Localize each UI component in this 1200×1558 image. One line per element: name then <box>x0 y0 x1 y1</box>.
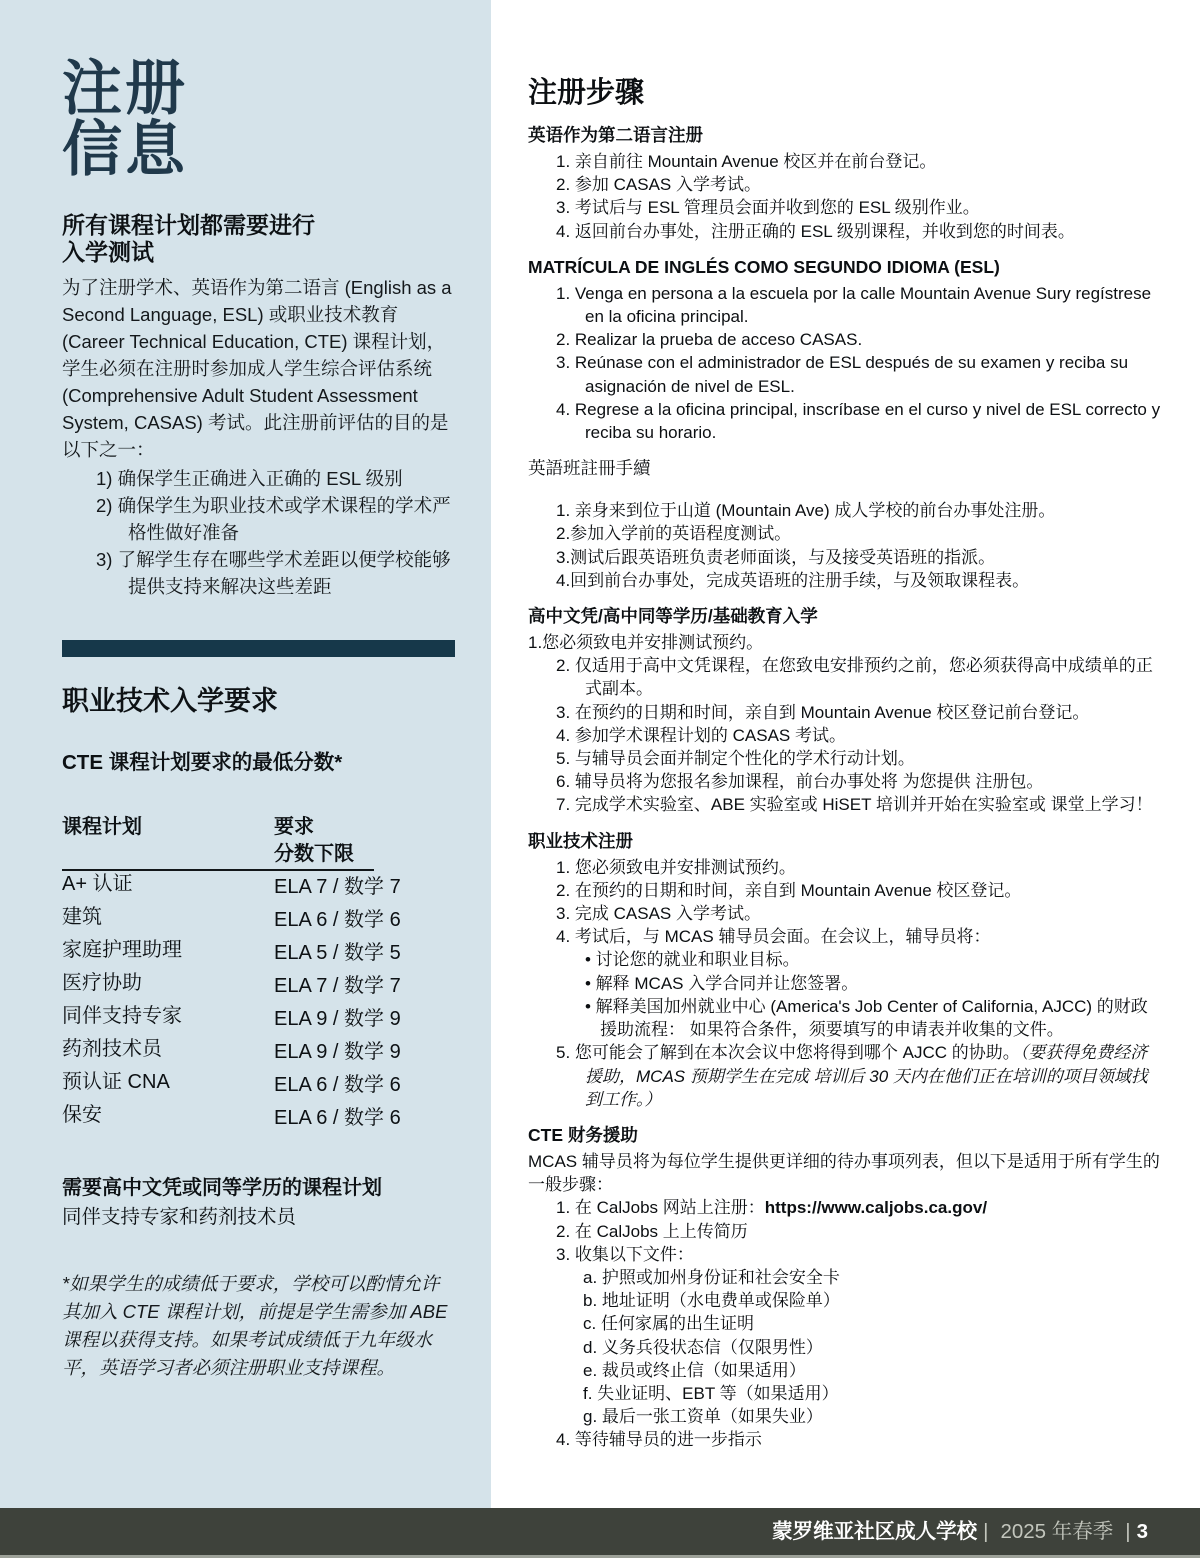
list-item: 3. Reúnase con el administrador de ESL d… <box>528 351 1164 397</box>
list-item: 3) 了解学生存在哪些学术差距以便学校能够提供支持来解决这些差距 <box>62 546 457 600</box>
cte-financial-aid-heading: CTE 财务援助 <box>528 1124 1164 1147</box>
footer-term: 2025 年春季 <box>994 1520 1119 1543</box>
esl-zh-heading: 英语作为第二语言注册 <box>528 124 1164 147</box>
list-item: 4. 返回前台办事处，注册正确的 ESL 级别课程，并收到您的时间表。 <box>528 220 1164 243</box>
list-item: 1. Venga en persona a la escuela por la … <box>528 282 1164 328</box>
sub-bullet-item: • 解释 MCAS 入学合同并让您签署。 <box>528 972 1164 995</box>
table-row: 建筑 ELA 6 / 数学 6 <box>62 904 457 937</box>
list-item: 2. 在 CalJobs 上上传简历 <box>528 1220 1164 1243</box>
document-page: 注册 信息 所有课程计划都需要进行 入学测试 为了注册学术、英语作为第二语言 (… <box>0 0 1200 1558</box>
score-footnote: *如果学生的成绩低于要求，学校可以酌情允许其加入 CTE 课程计划，前提是学生需… <box>62 1270 457 1382</box>
page-title-line1: 注册 <box>62 58 457 119</box>
caljobs-url-link[interactable]: https://www.caljobs.ca.gov/ <box>765 1198 987 1217</box>
footer-school-name: 蒙罗维亚社区成人学校 <box>772 1520 977 1543</box>
list-item: 3. 完成 CASAS 入学考试。 <box>528 902 1164 925</box>
diploma-required-heading: 需要高中文凭或同等学历的课程计划 <box>62 1171 457 1200</box>
list-item: 1) 确保学生正确进入正确的 ESL 级别 <box>62 465 457 492</box>
list-item: 1. 亲自前往 Mountain Avenue 校区并在前台登记。 <box>528 150 1164 173</box>
list-item: 4.回到前台办事处，完成英语班的注册手续，与及领取课程表。 <box>528 569 1164 592</box>
cte-entrance-heading: 职业技术入学要求 <box>62 679 457 718</box>
hs-diploma-heading: 高中文凭/高中同等学历/基础教育入学 <box>528 605 1164 628</box>
list-item: 4. Regrese a la oficina principal, inscr… <box>528 398 1164 444</box>
main-column: 注册步骤 英语作为第二语言注册 1. 亲自前往 Mountain Avenue … <box>528 70 1164 1452</box>
table-row: 家庭护理助理 ELA 5 / 数学 5 <box>62 937 457 970</box>
list-item: 3. 收集以下文件： <box>528 1243 1164 1266</box>
footer-separator: | <box>1119 1520 1136 1543</box>
esl-es-heading: MATRÍCULA DE INGLÉS COMO SEGUNDO IDIOMA … <box>528 256 1164 279</box>
document-list-item: f. 失业证明、EBT 等（如果适用） <box>528 1382 1164 1405</box>
list-item: 4. 等待辅导员的进一步指示 <box>528 1428 1164 1451</box>
diploma-required-programs: 同伴支持专家和药剂技术员 <box>62 1201 457 1229</box>
sub-bullet-item: • 解释美国加州就业中心 (America's Job Center of Ca… <box>528 995 1164 1041</box>
table-row: 预认证 CNA ELA 6 / 数学 6 <box>62 1069 457 1102</box>
item5-text: 5. 您可能会了解到在本次会议中您将得到哪个 AJCC 的协助。 <box>556 1043 1020 1062</box>
cte-registration-heading: 职业技术注册 <box>528 830 1164 853</box>
caljobs-register-text: 1. 在 CalJobs 网站上注册： <box>556 1198 765 1217</box>
cte-financial-aid-intro: MCAS 辅导员将为每位学生提供更详细的待办事项列表，但以下是适用于所有学生的一… <box>528 1150 1164 1196</box>
min-scores-label: CTE 课程计划要求的最低分数* <box>62 745 457 775</box>
list-item: 7. 完成学术实验室、ABE 实验室或 HiSET 培训并开始在实验室或 课堂上… <box>528 793 1164 816</box>
section-divider-bar <box>62 640 455 657</box>
table-row: 保安 ELA 6 / 数学 6 <box>62 1102 457 1135</box>
document-list-item: c. 任何家属的出生证明 <box>528 1312 1164 1335</box>
page-title-line2: 信息 <box>62 119 457 180</box>
list-item: 2) 确保学生为职业技术或学术课程的学术严格性做好准备 <box>62 492 457 546</box>
page-title: 注册 信息 <box>62 58 457 180</box>
list-item: 2. Realizar la prueba de acceso CASAS. <box>528 328 1164 351</box>
registration-steps-title: 注册步骤 <box>528 70 1164 111</box>
list-item: 1. 您必须致电并安排测试预约。 <box>528 856 1164 879</box>
testing-requirement-heading-line2: 入学测试 <box>62 239 457 266</box>
list-item: 6. 辅导员将为您报名参加课程，前台办事处将 为您提供 注册包。 <box>528 770 1164 793</box>
footer-page-number: 3 <box>1137 1520 1148 1543</box>
list-item: 2. 在预约的日期和时间，亲自到 Mountain Avenue 校区登记。 <box>528 879 1164 902</box>
document-list-item: a. 护照或加州身份证和社会安全卡 <box>528 1266 1164 1289</box>
list-item: 1. 在 CalJobs 网站上注册：https://www.caljobs.c… <box>528 1196 1164 1219</box>
table-row: A+ 认证 ELA 7 / 数学 7 <box>62 871 457 904</box>
table-header-requirement: 要求 分数下限 <box>274 814 354 868</box>
cte-score-table: 课程计划 要求 分数下限 A+ 认证 ELA 7 / 数学 7 建筑 ELA 6… <box>62 814 457 1135</box>
list-item: 1. 亲身来到位于山道 (Mountain Ave) 成人学校的前台办事处注册。 <box>528 499 1164 522</box>
sidebar: 注册 信息 所有课程计划都需要进行 入学测试 为了注册学术、英语作为第二语言 (… <box>0 0 491 1508</box>
table-row: 药剂技术员 ELA 9 / 数学 9 <box>62 1036 457 1069</box>
document-list-item: d. 义务兵役状态信（仅限男性） <box>528 1336 1164 1359</box>
table-header-row: 课程计划 要求 分数下限 <box>62 814 374 871</box>
list-item: 3. 考试后与 ESL 管理员会面并收到您的 ESL 级别作业。 <box>528 196 1164 219</box>
esl-trad-heading: 英語班註冊手續 <box>528 457 1164 480</box>
list-item: 3.测试后跟英语班负责老师面谈，与及接受英语班的指派。 <box>528 546 1164 569</box>
page-footer: 蒙罗维亚社区成人学校|2025 年春季|3 <box>0 1508 1200 1558</box>
list-item: 1.您必须致电并安排测试预约。 <box>528 631 1164 654</box>
list-item: 2. 参加 CASAS 入学考试。 <box>528 173 1164 196</box>
list-item: 5. 您可能会了解到在本次会议中您将得到哪个 AJCC 的协助。（要获得免费经济… <box>528 1041 1164 1111</box>
list-item: 3. 在预约的日期和时间，亲自到 Mountain Avenue 校区登记前台登… <box>528 701 1164 724</box>
document-list-item: b. 地址证明（水电费单或保险单） <box>528 1289 1164 1312</box>
list-item: 4. 考试后，与 MCAS 辅导员会面。在会议上，辅导员将： <box>528 925 1164 948</box>
table-header-program: 课程计划 <box>62 814 274 841</box>
list-item: 2. 仅适用于高中文凭课程，在您致电安排预约之前，您必须获得高中成绩单的正式副本… <box>528 654 1164 700</box>
sub-bullet-item: • 讨论您的就业和职业目标。 <box>528 948 1164 971</box>
testing-requirement-heading-line1: 所有课程计划都需要进行 <box>62 212 457 239</box>
testing-requirement-body: 为了注册学术、英语作为第二语言 (English as a Second Lan… <box>62 274 457 463</box>
table-row: 同伴支持专家 ELA 9 / 数学 9 <box>62 1003 457 1036</box>
list-item: 2.参加入学前的英语程度测试。 <box>528 522 1164 545</box>
testing-requirement-heading: 所有课程计划都需要进行 入学测试 <box>62 212 457 266</box>
table-row: 医疗协助 ELA 7 / 数学 7 <box>62 970 457 1003</box>
footer-separator: | <box>977 1520 994 1543</box>
list-item: 4. 参加学术课程计划的 CASAS 考试。 <box>528 724 1164 747</box>
list-item: 5. 与辅导员会面并制定个性化的学术行动计划。 <box>528 747 1164 770</box>
document-list-item: g. 最后一张工资单（如果失业） <box>528 1405 1164 1428</box>
assessment-purpose-list: 1) 确保学生正确进入正确的 ESL 级别 2) 确保学生为职业技术或学术课程的… <box>62 465 457 600</box>
document-list-item: e. 裁员或终止信（如果适用） <box>528 1359 1164 1382</box>
